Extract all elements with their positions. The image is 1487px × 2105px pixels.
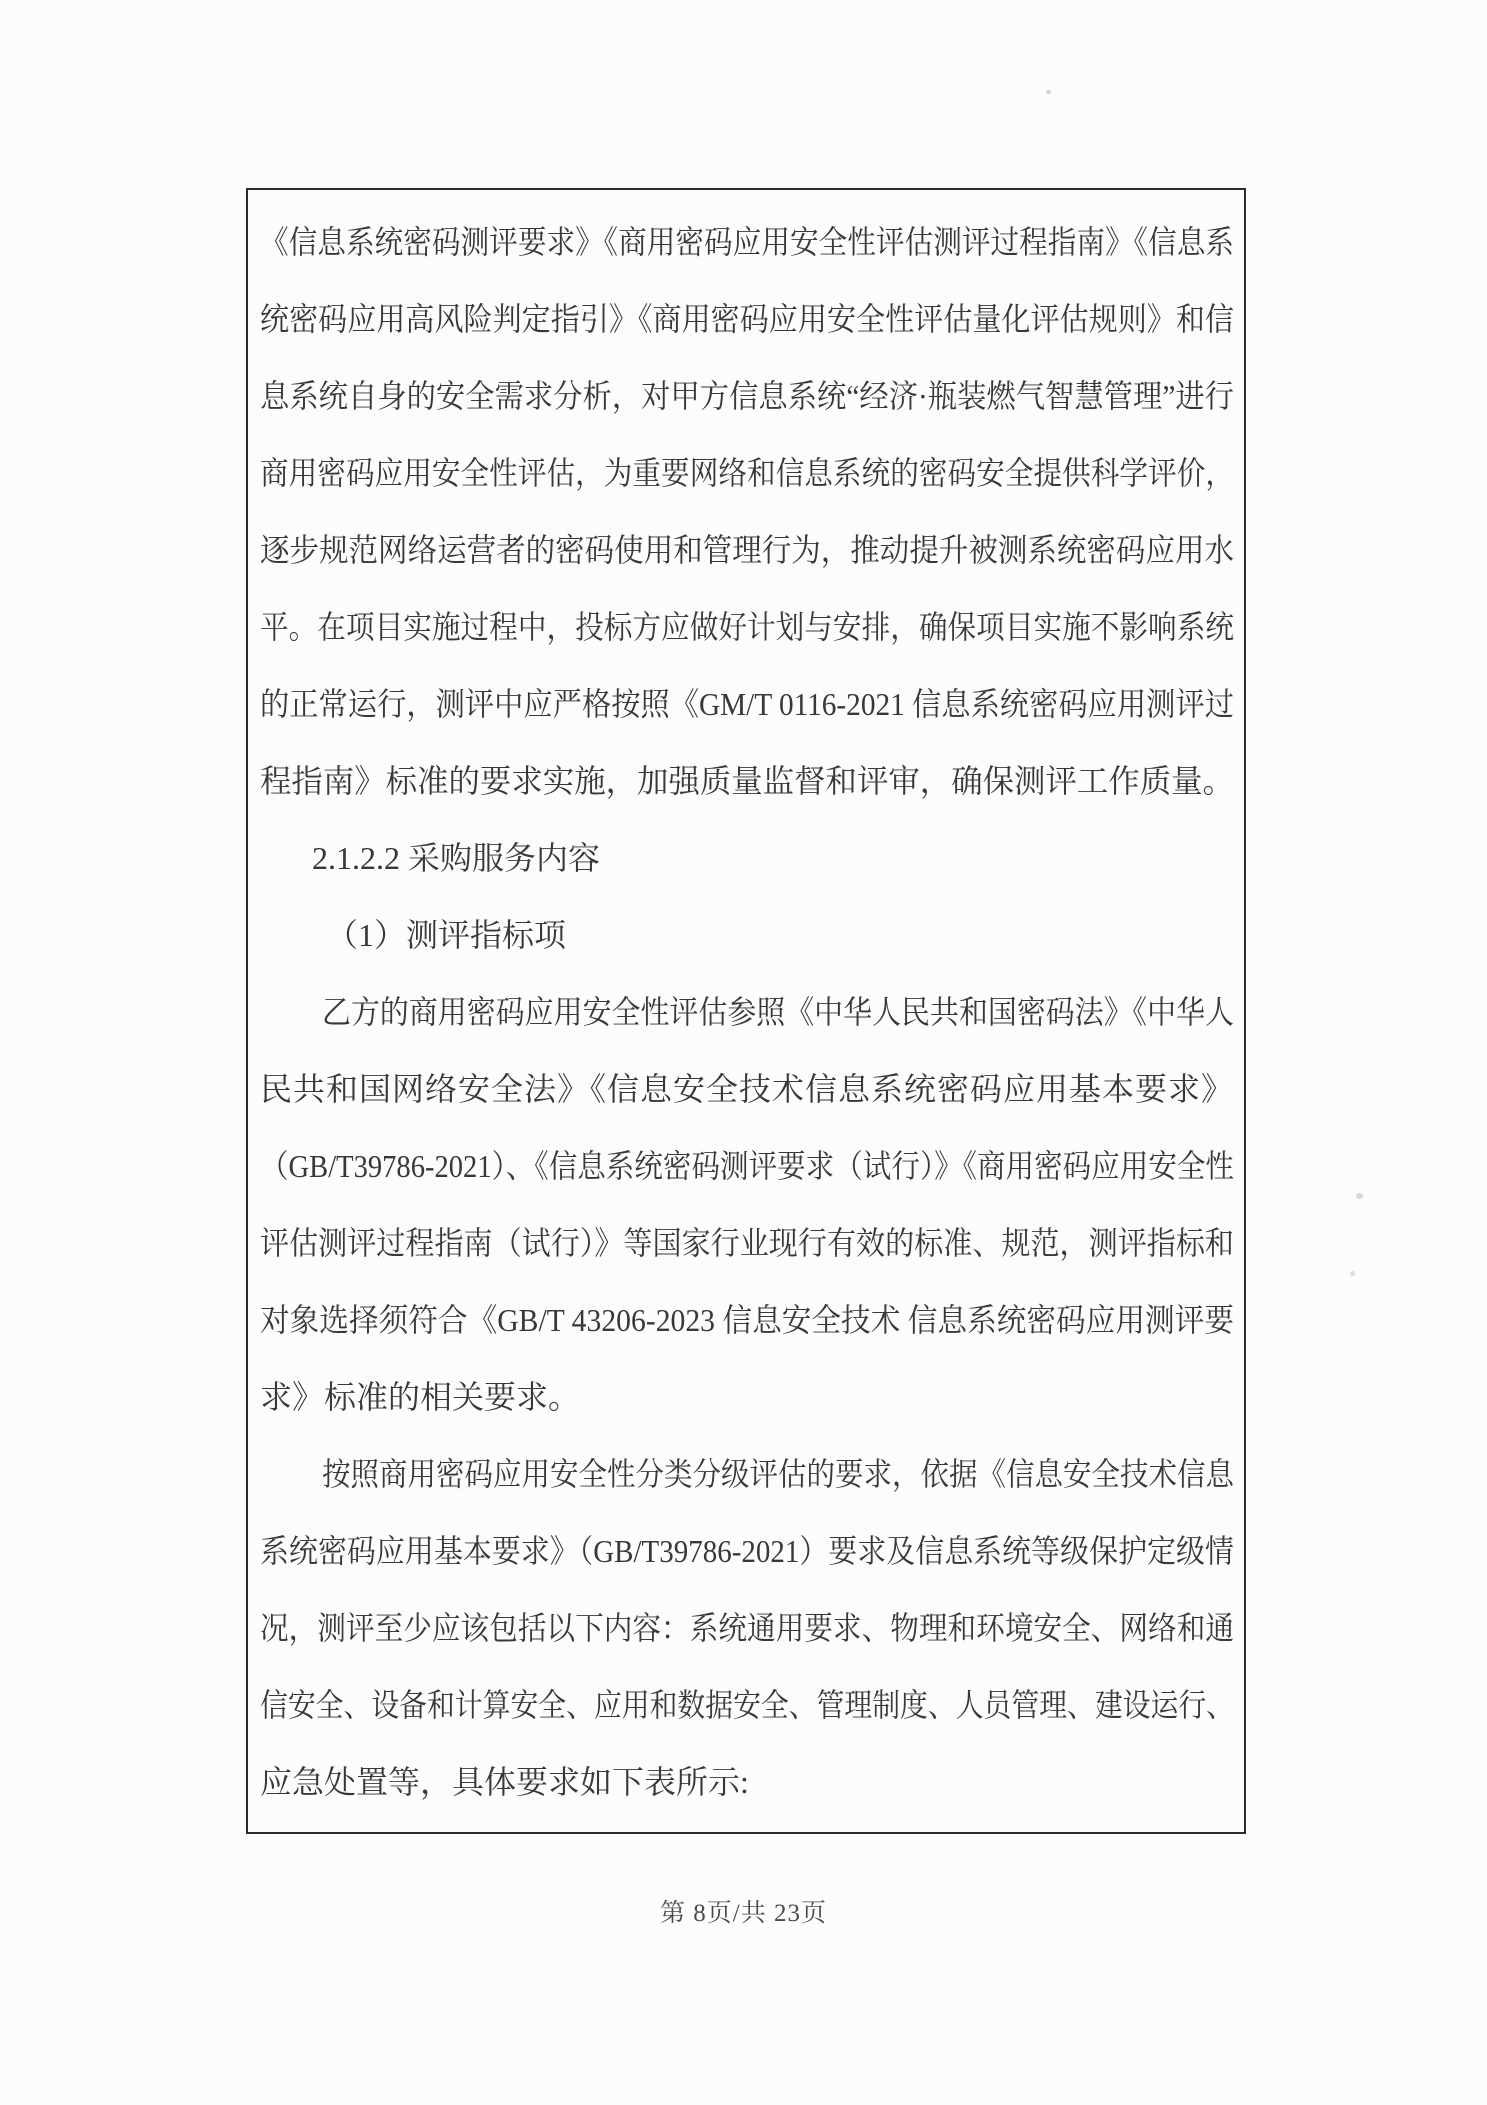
text-line-content: 求》标准的相关要求。 [260,1359,580,1436]
text-line: 评估测评过程指南（试行）》等国家行业现行有效的标准、规范，测评指标和 [260,1205,1234,1282]
text-line: 按照商用密码应用安全性分类分级评估的要求，依据《信息安全技术信息 [260,1436,1234,1513]
text-line: 对象选择须符合《GB/T 43206-2023 信息安全技术 信息系统密码应用测… [260,1282,1234,1359]
text-line-content: 对象选择须符合《GB/T 43206-2023 信息安全技术 信息系统密码应用测… [260,1282,1234,1359]
text-line-content: 《信息系统密码测评要求》《商用密码应用安全性评估测评过程指南》《信息系 [260,204,1234,281]
section-heading: 2.1.2.2 采购服务内容 [260,820,1234,897]
text-line: 求》标准的相关要求。 [260,1359,1234,1436]
text-line-content: 况，测评至少应该包括以下内容：系统通用要求、物理和环境安全、网络和通 [260,1590,1234,1667]
text-line-content: 评估测评过程指南（试行）》等国家行业现行有效的标准、规范，测评指标和 [260,1205,1234,1282]
text-line-content: 按照商用密码应用安全性分类分级评估的要求，依据《信息安全技术信息 [322,1436,1234,1513]
scan-speck [1046,90,1051,94]
text-line: 民共和国网络安全法》《信息安全技术信息系统密码应用基本要求》 [260,1051,1234,1128]
text-line-content: 信安全、设备和计算安全、应用和数据安全、管理制度、人员管理、建设运行、 [260,1667,1234,1744]
text-line: 平。在项目实施过程中，投标方应做好计划与安排，确保项目实施不影响系统 [260,589,1234,666]
scan-speck [1356,1193,1363,1199]
text-line: 乙方的商用密码应用安全性评估参照《中华人民共和国密码法》《中华人 [260,974,1234,1051]
scanned-document-page: { "colors": { "paper": "#fcfcfb", "ink":… [0,0,1487,2105]
text-line-content: 程指南》标准的要求实施，加强质量监督和评审，确保测评工作质量。 [260,743,1234,820]
text-line: 《信息系统密码测评要求》《商用密码应用安全性评估测评过程指南》《信息系 [260,204,1234,281]
text-line-content: 乙方的商用密码应用安全性评估参照《中华人民共和国密码法》《中华人 [322,974,1234,1051]
text-line: 系统密码应用基本要求》（GB/T39786-2021）要求及信息系统等级保护定级… [260,1513,1234,1590]
text-line: 统密码应用高风险判定指引》《商用密码应用安全性评估量化评估规则》和信 [260,281,1234,358]
text-line: 程指南》标准的要求实施，加强质量监督和评审，确保测评工作质量。 [260,743,1234,820]
text-line: 商用密码应用安全性评估，为重要网络和信息系统的密码安全提供科学评价， [260,435,1234,512]
text-line-content: （GB/T39786-2021）、《信息系统密码测评要求（试行）》《商用密码应用… [260,1128,1234,1205]
sub-heading-text: （1）测评指标项 [326,897,566,974]
scan-speck [1350,1271,1355,1276]
page-number-footer: 第 8页/共 23页 [0,1893,1487,1929]
text-line-content: 息系统自身的安全需求分析，对甲方信息系统“经济·瓶装燃气智慧管理”进行 [260,358,1234,435]
sub-heading: （1）测评指标项 [260,897,1234,974]
section-heading-text: 2.1.2.2 采购服务内容 [312,820,600,897]
text-line: 的正常运行，测评中应严格按照《GM/T 0116-2021 信息系统密码应用测评… [260,666,1234,743]
text-line-content: 民共和国网络安全法》《信息安全技术信息系统密码应用基本要求》 [260,1051,1234,1128]
document-border-frame: 《信息系统密码测评要求》《商用密码应用安全性评估测评过程指南》《信息系 统密码应… [246,188,1246,1834]
text-line: 信安全、设备和计算安全、应用和数据安全、管理制度、人员管理、建设运行、 [260,1667,1234,1744]
text-line: 况，测评至少应该包括以下内容：系统通用要求、物理和环境安全、网络和通 [260,1590,1234,1667]
text-line-content: 统密码应用高风险判定指引》《商用密码应用安全性评估量化评估规则》和信 [260,281,1234,358]
text-line-content: 的正常运行，测评中应严格按照《GM/T 0116-2021 信息系统密码应用测评… [260,666,1234,743]
text-line: 息系统自身的安全需求分析，对甲方信息系统“经济·瓶装燃气智慧管理”进行 [260,358,1234,435]
text-line-content: 平。在项目实施过程中，投标方应做好计划与安排，确保项目实施不影响系统 [260,589,1234,666]
text-line: （GB/T39786-2021）、《信息系统密码测评要求（试行）》《商用密码应用… [260,1128,1234,1205]
text-line-content: 应急处置等，具体要求如下表所示: [260,1744,749,1821]
text-line-content: 系统密码应用基本要求》（GB/T39786-2021）要求及信息系统等级保护定级… [260,1513,1234,1590]
text-line-content: 商用密码应用安全性评估，为重要网络和信息系统的密码安全提供科学评价， [260,435,1234,512]
text-line-content: 逐步规范网络运营者的密码使用和管理行为，推动提升被测系统密码应用水 [260,512,1234,589]
text-line: 应急处置等，具体要求如下表所示: [260,1744,1234,1821]
text-line: 逐步规范网络运营者的密码使用和管理行为，推动提升被测系统密码应用水 [260,512,1234,589]
